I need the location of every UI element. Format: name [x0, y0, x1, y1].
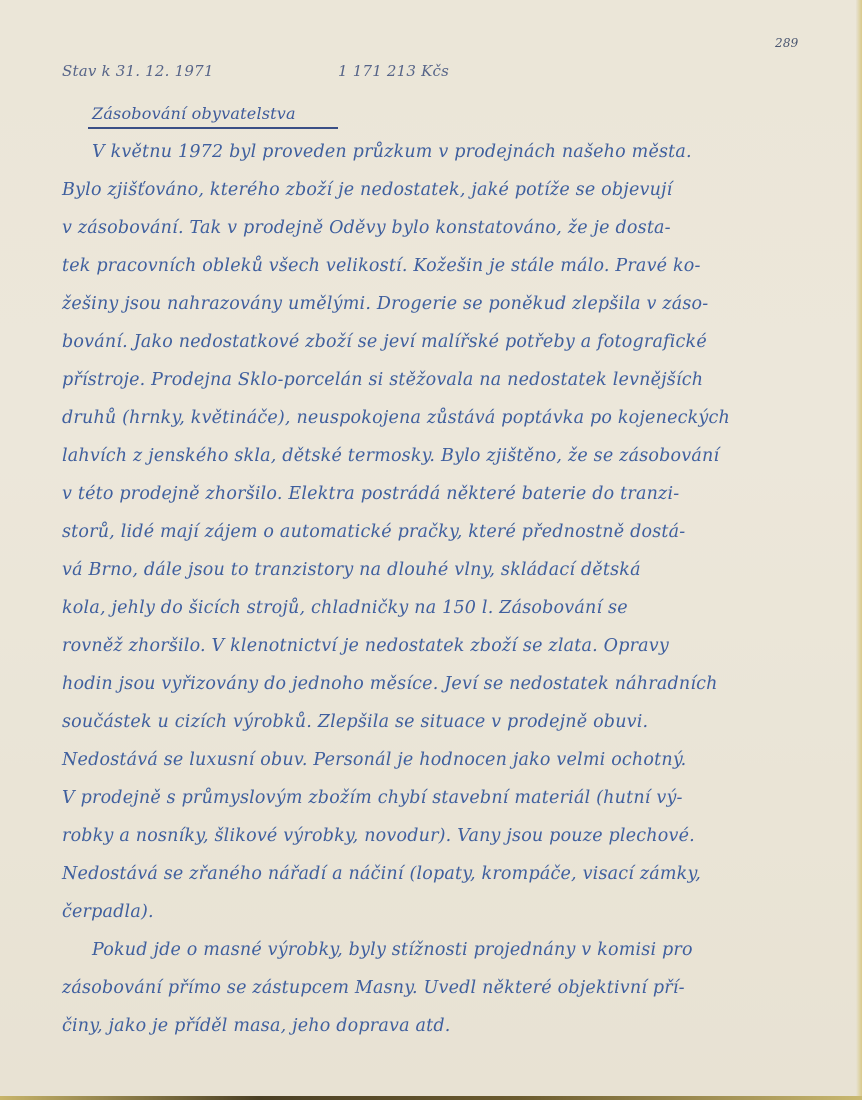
- text-line: kola, jehly do šicích strojů, chladničky…: [62, 598, 628, 618]
- page-edge-right: [856, 0, 862, 1100]
- text-line: lahvích z jenského skla, dětské termosky…: [62, 446, 719, 466]
- text-line: přístroje. Prodejna Sklo-porcelán si stě…: [62, 370, 703, 390]
- text-line: čerpadla).: [62, 902, 154, 922]
- text-line: v zásobování. Tak v prodejně Oděvy bylo …: [62, 218, 671, 238]
- page-edge-bottom: [0, 1096, 862, 1100]
- section-heading: Zásobování obyvatelstva: [92, 104, 296, 123]
- text-line: žešiny jsou nahrazovány umělými. Drogeri…: [62, 294, 708, 314]
- text-line: zásobování přímo se zástupcem Masny. Uve…: [62, 978, 685, 998]
- text-line: rovněž zhoršilo. V klenotnictví je nedos…: [62, 636, 669, 656]
- text-line: Nedostává se zřaného nářadí a náčiní (lo…: [62, 864, 701, 884]
- text-line: Pokud jde o masné výrobky, byly stížnost…: [92, 940, 693, 960]
- page-number: 289: [775, 36, 799, 50]
- text-line: V prodejně s průmyslovým zbožím chybí st…: [62, 788, 683, 808]
- text-line: druhů (hrnky, květináče), neuspokojena z…: [62, 408, 730, 428]
- heading-underline: [88, 127, 338, 129]
- text-line: vá Brno, dále jsou to tranzistory na dlo…: [62, 560, 641, 580]
- text-line: tek pracovních obleků všech velikostí. K…: [62, 256, 701, 276]
- text-line: hodin jsou vyřizovány do jednoho měsíce.…: [62, 674, 718, 694]
- text-line: bování. Jako nedostatkové zboží se jeví …: [62, 332, 707, 352]
- text-line: Nedostává se luxusní obuv. Personál je h…: [62, 750, 686, 770]
- text-line: v této prodejně zhoršilo. Elektra postrá…: [62, 484, 679, 504]
- text-line: součástek u cizích výrobků. Zlepšila se …: [62, 712, 648, 732]
- text-line: Bylo zjišťováno, kterého zboží je nedost…: [62, 180, 672, 200]
- text-line: činy, jako je příděl masa, jeho doprava …: [62, 1016, 451, 1036]
- balance-date-label: Stav k 31. 12. 1971: [62, 62, 214, 80]
- text-line: robky a nosníky, šlikové výrobky, novodu…: [62, 826, 695, 846]
- text-line: storů, lidé mají zájem o automatické pra…: [62, 522, 685, 542]
- balance-amount: 1 171 213 Kčs: [338, 62, 449, 80]
- chronicle-page: [0, 0, 862, 1096]
- text-line: V květnu 1972 byl proveden průzkum v pro…: [92, 142, 692, 162]
